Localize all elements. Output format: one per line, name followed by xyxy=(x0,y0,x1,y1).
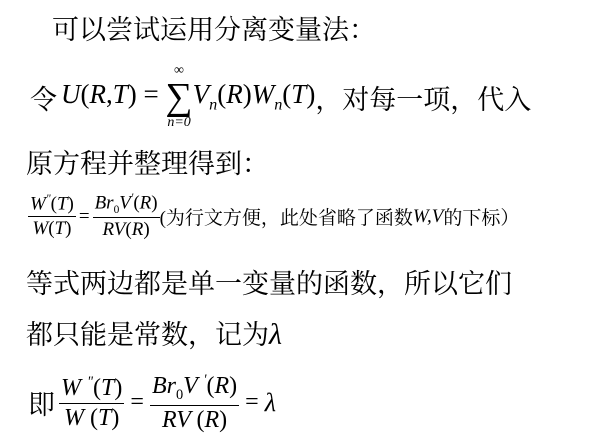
summation: ∞ ∑ n=0 xyxy=(166,64,193,130)
let-suffix: ，对每一项，代入 xyxy=(315,78,531,117)
separation-equation: U(R,T) = ∞ ∑ n=0 Vn(R)Wn(T) xyxy=(61,64,315,130)
separation-line: 令 U(R,T) = ∞ ∑ n=0 Vn(R)Wn(T) ，对每一项，代入 xyxy=(30,62,531,132)
eigen-line: 即 W "(T) W (T) = Br0V '(R) RV (R) = λ xyxy=(28,372,276,434)
ratio-equation: W"(T) W(T) xyxy=(28,193,76,240)
ratio-line: W"(T) W(T) = Br0V'(R) RV(R) (为行文方便，此处省略了… xyxy=(28,192,519,241)
lambda-symbol: λ xyxy=(269,318,282,351)
eigen-equation: W "(T) W (T) xyxy=(59,374,124,432)
note-vars: W,V xyxy=(413,206,443,228)
lambda-result: λ xyxy=(265,388,276,418)
conclusion-line-1: 等式两边都是单一变量的函数，所以它们 xyxy=(26,262,512,301)
conclusion-line-2: 都只能是常数，记为λ xyxy=(26,313,282,352)
note-end: 的下标） xyxy=(443,203,519,230)
therefore-word: 即 xyxy=(28,383,55,422)
intro-line: 可以尝试运用分离变量法： xyxy=(52,8,376,47)
conclusion-text: 都只能是常数，记为 xyxy=(26,320,269,351)
note-text: (为行文方便，此处省略了函数 xyxy=(160,203,413,230)
let-word: 令 xyxy=(30,78,57,117)
substitute-line: 原方程并整理得到： xyxy=(26,142,269,181)
